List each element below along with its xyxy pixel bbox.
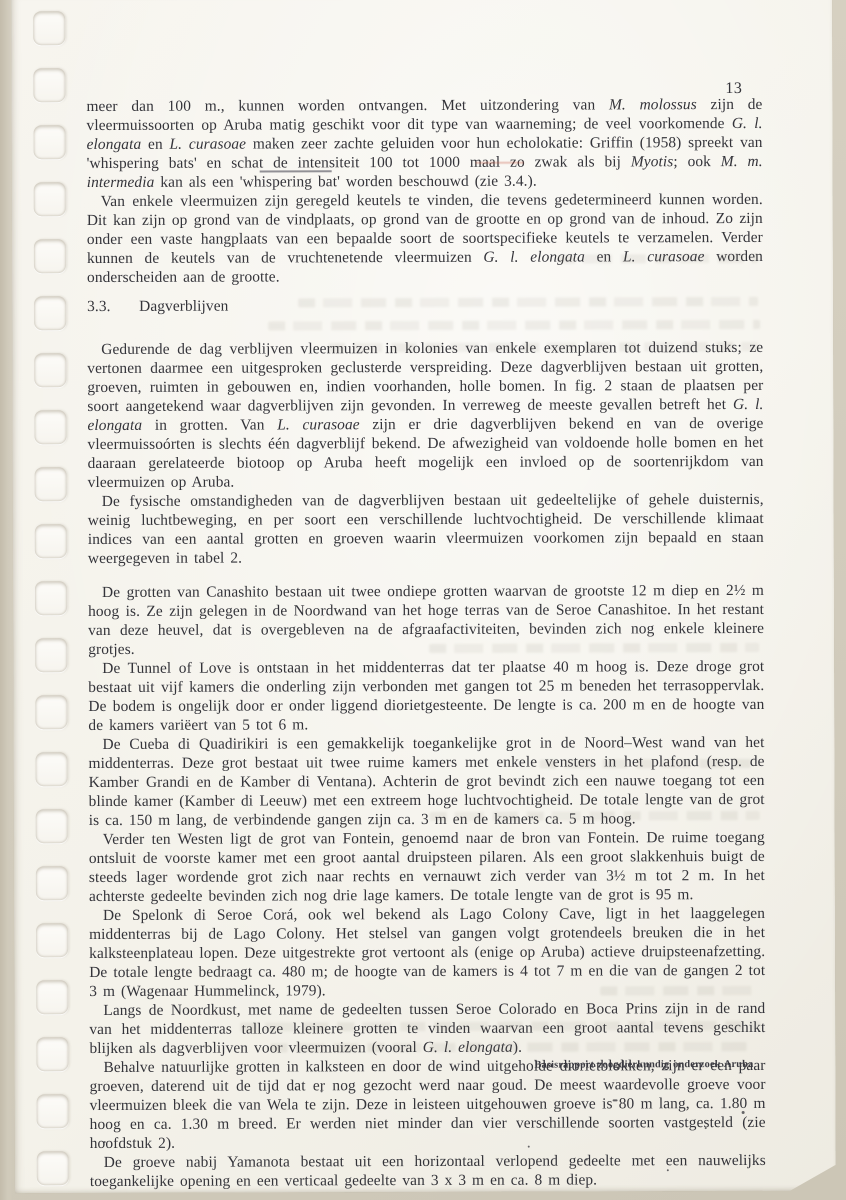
binding-hole [33,68,65,102]
paragraph: Gedurende de dag verblijven vleermuizen … [87,338,763,492]
dust-speck [613,1099,618,1101]
dust-speck [528,1146,530,1148]
binding-hole [34,410,66,444]
binding-hole [35,581,67,615]
footer-report-title: Basisrapport zoogdierkundig onderzoek Ar… [534,1059,753,1072]
bleedthrough-smudge [558,254,758,264]
document-page: 13 meer dan 100 m., kunnen worden ontvan… [11,0,836,1193]
paragraph: De groeve nabij Yamanota bestaat uit een… [90,1151,766,1191]
bleedthrough-smudge [328,342,758,352]
binding-hole [36,1037,68,1071]
binding-hole [36,980,68,1014]
bleedthrough-smudge [600,986,760,996]
bleedthrough-smudge [270,1042,750,1053]
section-number: 3.3. [87,297,139,316]
dust-speck [667,1169,669,1171]
dust-speck [104,1141,106,1143]
binding-hole [36,809,68,843]
binding-hole [35,752,67,786]
binding-hole [37,1151,69,1185]
binding-hole [36,866,68,900]
scan-edge-strip [0,0,13,1200]
bleedthrough-smudge [298,297,758,307]
binding-hole [35,524,67,558]
binding-hole [36,923,68,957]
paragraph: Van enkele vleermuizen zijn geregeld keu… [87,190,763,287]
binding-hole [34,182,66,216]
binding-hole [34,353,66,387]
dust-speck [705,1127,707,1129]
dust-speck [321,1090,323,1092]
bleedthrough-smudge [429,643,759,653]
paragraph: meer dan 100 m., kunnen worden ontvangen… [86,95,762,192]
binding-hole [34,239,66,273]
red-underline-artifact [476,162,524,164]
binding-hole [35,695,67,729]
paragraph: Verder ten Westen ligt de grot van Fonte… [89,828,765,906]
binding-hole [37,1094,69,1128]
bleedthrough-smudge [540,759,760,769]
dust-speck [586,1158,588,1160]
dust-speck [742,1111,745,1114]
scanned-page-background: 13 meer dan 100 m., kunnen worden ontvan… [0,0,846,1200]
section-title: Dagverblijven [139,298,228,315]
binding-hole [34,125,66,159]
ink-underline-artifact [260,170,332,172]
bleedthrough-smudge [268,320,760,331]
binding-hole [33,11,65,45]
bleedthrough-smudge [430,811,760,821]
binding-holes [11,0,95,1193]
binding-hole [34,296,66,330]
paragraph: De Tunnel of Love is ontstaan in het mid… [88,657,764,735]
binding-hole [35,638,67,672]
paragraph: De fysische omstandigheden van de dagver… [88,490,764,568]
bleedthrough-smudge [240,1021,760,1032]
binding-hole [35,467,67,501]
